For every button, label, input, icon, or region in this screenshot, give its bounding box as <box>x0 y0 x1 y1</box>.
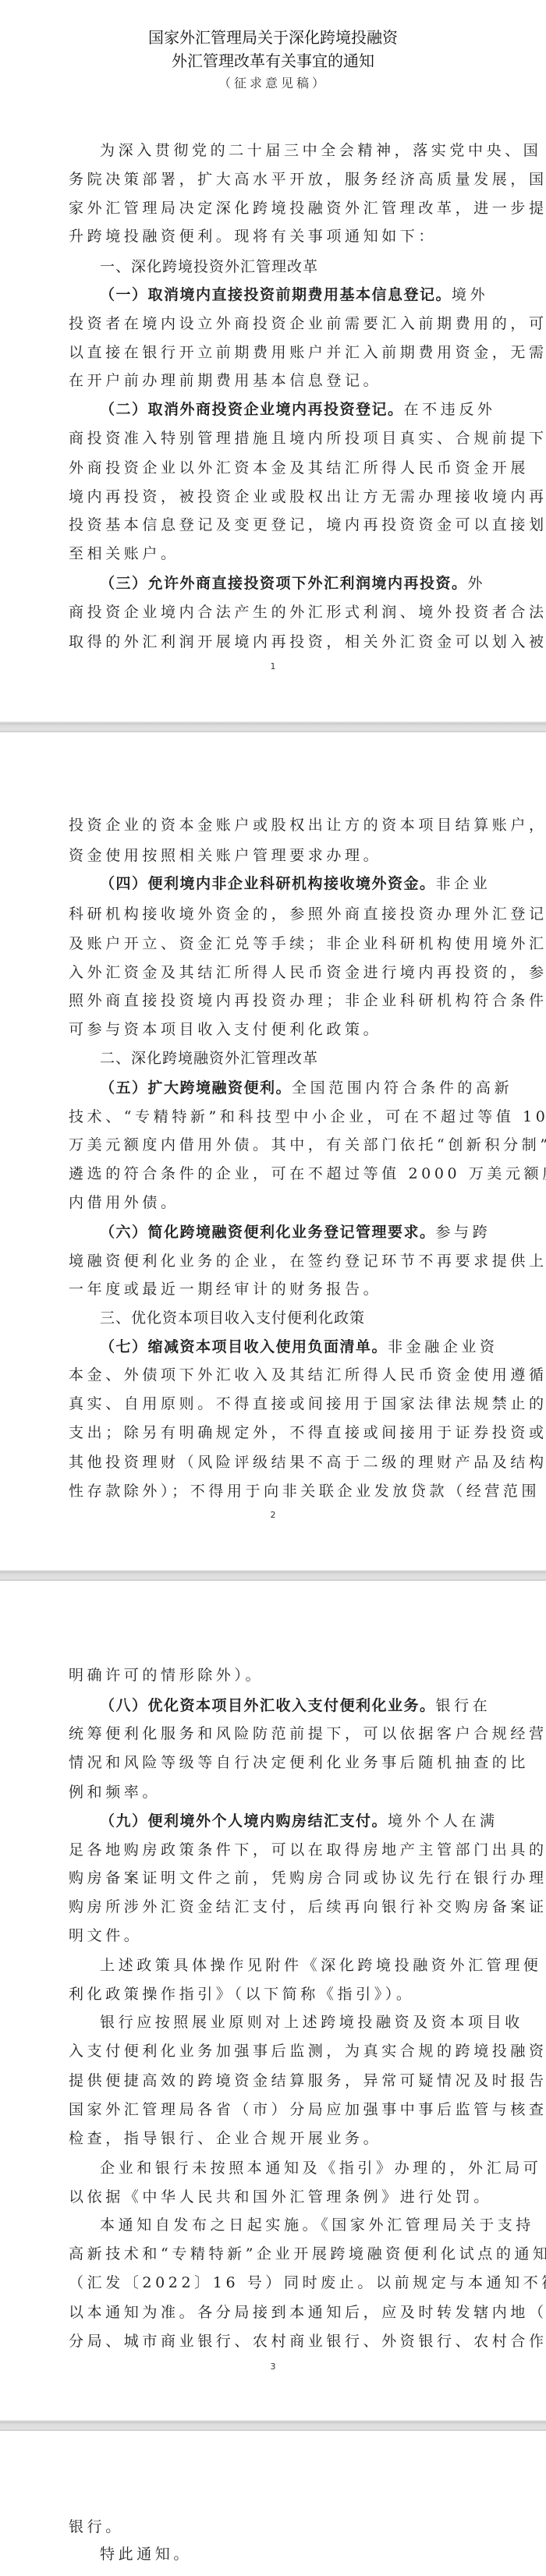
document-subtitle: （征求意见稿） <box>0 73 546 91</box>
section-heading: 三、优化资本项目收入支付便利化政策 <box>100 1306 482 1330</box>
line-text: 利化政策操作指引》（以下简称《指引》）。 <box>69 1986 415 2003</box>
line-text: 参与跨 <box>436 1224 491 1241</box>
line-text: 遴选的符合条件的企业，可在不超过等值 2000 万美元额度 <box>69 1165 546 1182</box>
line-text: 上述政策具体操作见附件《深化跨境投融资外汇管理便 <box>100 1957 541 1974</box>
paragraph-line: 检查，指导银行、企业合规开展业务。 <box>69 2127 482 2150</box>
section-heading: 二、深化跨境融资外汇管理改革 <box>100 1047 482 1070</box>
line-text: 务院决策部署，扩大高水平开放，服务经济高质量发展，国 <box>69 171 546 188</box>
paragraph-line: 特此通知。 <box>100 2542 482 2566</box>
line-text: 可参与资本项目收入支付便利化政策。 <box>69 1021 381 1038</box>
line-text: 境外 <box>452 286 488 303</box>
page-number-1: 1 <box>0 661 546 671</box>
paragraph-line: 科研机构接收境外资金的，参照外商直接投资办理外汇登记 <box>69 902 482 926</box>
line-text: 资金使用按照相关账户管理要求办理。 <box>69 847 381 864</box>
paragraph-line: 升跨境投融资便利。现将有关事项通知如下： <box>69 225 482 248</box>
clause-heading: （二）取消外商投资企业境内再投资登记。 <box>100 401 404 418</box>
paragraph-line: 照外商直接投资境内再投资办理；非企业科研机构符合条件 <box>69 989 482 1012</box>
line-text: （汇发〔2022〕16 号）同时废止。以前规定与本通知不符的， <box>69 2274 546 2291</box>
line-text: 非金融企业资 <box>388 1338 498 1355</box>
paragraph-line: （三）允许外商直接投资项下外汇利润境内再投资。外 <box>100 572 482 595</box>
paragraph-line: 购房备案证明文件之前，凭购房合同或协议先行在银行办理 <box>69 1866 482 1890</box>
line-text: 银行应按照展业原则对上述跨境投融资及资本项目收 <box>100 2014 523 2031</box>
paragraph-line: （二）取消外商投资企业境内再投资登记。在不违反外 <box>100 398 482 421</box>
paragraph-line: 为深入贯彻党的二十届三中全会精神，落实党中央、国 <box>100 139 482 162</box>
document-title-line-1: 国家外汇管理局关于深化跨境投融资 <box>0 27 546 48</box>
line-text: 银行在 <box>436 1697 491 1714</box>
document-title-line-2: 外汇管理改革有关事宜的通知 <box>0 50 546 72</box>
paragraph-line: 以直接在银行开立前期费用账户并汇入前期费用资金，无需 <box>69 341 482 364</box>
paragraph-line: 遴选的符合条件的企业，可在不超过等值 2000 万美元额度 <box>69 1162 482 1185</box>
paragraph-line: 统筹便利化服务和风险防范前提下，可以依据客户合规经营 <box>69 1722 482 1745</box>
line-text: 投资企业的资本金账户或股权出让方的资本项目结算账户， <box>69 817 546 834</box>
line-text: 以依据《中华人民共和国外汇管理条例》进行处罚。 <box>69 2188 492 2206</box>
line-text: 以直接在银行开立前期费用账户并汇入前期费用资金，无需 <box>69 344 546 361</box>
line-text: 真实、自用原则。不得直接或间接用于国家法律法规禁止的 <box>69 1395 546 1412</box>
paragraph-line: 入支付便利化业务加强事后监测，为真实合规的跨境投融资 <box>69 2039 482 2063</box>
line-text: 投资基本信息登记及变更登记，境内再投资资金可以直接划 <box>69 516 546 533</box>
paragraph-line: （一）取消境内直接投资前期费用基本信息登记。境外 <box>100 283 482 306</box>
paragraph-line: 资金使用按照相关账户管理要求办理。 <box>69 844 482 867</box>
line-text: 境融资便利化业务的企业，在签约登记环节不再要求提供上 <box>69 1253 546 1270</box>
line-text: 特此通知。 <box>100 2546 192 2563</box>
line-text: 升跨境投融资便利。现将有关事项通知如下： <box>69 228 437 245</box>
line-text: 商投资准入特别管理措施且境内所投项目真实、合规前提下， <box>69 430 546 447</box>
paragraph-line: 家外汇管理局决定深化跨境投融资外汇管理改革，进一步提 <box>69 197 482 220</box>
page-number-2: 2 <box>0 1510 546 1520</box>
paragraph-line: 银行。 <box>69 2515 482 2539</box>
line-text: 二、深化跨境融资外汇管理改革 <box>100 1050 318 1067</box>
paragraph-line: 商投资企业境内合法产生的外汇形式利润、境外投资者合法 <box>69 601 482 624</box>
line-text: 商投资企业境内合法产生的外汇形式利润、境外投资者合法 <box>69 604 546 621</box>
line-text: 在不违反外 <box>404 401 496 418</box>
paragraph-line: 境融资便利化业务的企业，在签约登记环节不再要求提供上 <box>69 1249 482 1273</box>
line-text: 高新技术和“专精特新”企业开展跨境融资便利化试点的通知》 <box>69 2245 546 2262</box>
paragraph-line: （四）便利境内非企业科研机构接收境外资金。非企业 <box>100 872 482 895</box>
paragraph-line: （六）简化跨境融资便利化业务登记管理要求。参与跨 <box>100 1221 482 1244</box>
page-separator-2 <box>0 1570 546 1581</box>
line-text: 入外汇资金及其结汇所得人民币资金进行境内再投资的，参 <box>69 964 546 981</box>
page-separator-3 <box>0 2420 546 2431</box>
paragraph-line: 取得的外汇利润开展境内再投资，相关外汇资金可以划入被 <box>69 630 482 654</box>
paragraph-line: 至相关账户。 <box>69 542 482 565</box>
line-text: 境外个人在满 <box>388 1812 498 1830</box>
paragraph-line: 投资基本信息登记及变更登记，境内再投资资金可以直接划 <box>69 513 482 537</box>
paragraph-line: 务院决策部署，扩大高水平开放，服务经济高质量发展，国 <box>69 168 482 191</box>
paragraph-line: 其他投资理财（风险评级结果不高于二级的理财产品及结构 <box>69 1451 482 1474</box>
line-text: 购房备案证明文件之前，凭购房合同或协议先行在银行办理 <box>69 1869 546 1887</box>
paragraph-line: 例和频率。 <box>69 1781 482 1804</box>
line-text: 全国范围内符合条件的高新 <box>292 1079 512 1097</box>
clause-heading: （三）允许外商直接投资项下外汇利润境内再投资。 <box>100 575 468 592</box>
paragraph-line: 商投资准入特别管理措施且境内所投项目真实、合规前提下， <box>69 427 482 450</box>
line-text: 国家外汇管理局各省（市）分局应加强事中事后监管与核查 <box>69 2101 546 2118</box>
line-text: 至相关账户。 <box>69 545 179 562</box>
paragraph-line: 企业和银行未按照本通知及《指引》办理的，外汇局可 <box>100 2156 482 2180</box>
paragraph-line: 境内再投资，被投资企业或股权出让方无需办理接收境内再 <box>69 485 482 508</box>
line-text: 性存款除外）；不得用于向非关联企业发放贷款（经营范围 <box>69 1483 540 1500</box>
clause-heading: （四）便利境内非企业科研机构接收境外资金。 <box>100 875 436 892</box>
line-text: 统筹便利化服务和风险防范前提下，可以依据客户合规经营 <box>69 1725 546 1742</box>
line-text: 支出；除另有明确规定外，不得直接或间接用于证券投资或 <box>69 1424 546 1441</box>
paragraph-line: 本金、外债项下外汇收入及其结汇所得人民币资金使用遵循 <box>69 1363 482 1387</box>
line-text: 取得的外汇利润开展境内再投资，相关外汇资金可以划入被 <box>69 633 546 650</box>
paragraph-line: 明确许可的情形除外）。 <box>69 1664 482 1687</box>
paragraph-line: （汇发〔2022〕16 号）同时废止。以前规定与本通知不符的， <box>69 2271 482 2294</box>
paragraph-line: 投资企业的资本金账户或股权出让方的资本项目结算账户， <box>69 813 482 837</box>
paragraph-line: （五）扩大跨境融资便利。全国范围内符合条件的高新 <box>100 1076 482 1100</box>
line-text: 境内再投资，被投资企业或股权出让方无需办理接收境内再 <box>69 488 546 505</box>
paragraph-line: 利化政策操作指引》（以下简称《指引》）。 <box>69 1982 482 2006</box>
clause-heading: （七）缩减资本项目收入使用负面清单。 <box>100 1338 388 1355</box>
line-text: 其他投资理财（风险评级结果不高于二级的理财产品及结构 <box>69 1454 546 1471</box>
line-text: 一年度或最近一期经审计的财务报告。 <box>69 1281 381 1298</box>
paragraph-line: 国家外汇管理局各省（市）分局应加强事中事后监管与核查 <box>69 2098 482 2121</box>
line-text: 本金、外债项下外汇收入及其结汇所得人民币资金使用遵循 <box>69 1366 546 1384</box>
paragraph-line: 支出；除另有明确规定外，不得直接或间接用于证券投资或 <box>69 1421 482 1444</box>
paragraph-line: 性存款除外）；不得用于向非关联企业发放贷款（经营范围 <box>69 1479 482 1503</box>
line-text: 足各地购房政策条件下，可以在取得房地产主管部门出具的 <box>69 1841 546 1858</box>
line-text: 本通知自发布之日起实施。《国家外汇管理局关于支持 <box>100 2216 534 2234</box>
line-text: 分局、城市商业银行、农村商业银行、外资银行、农村合作 <box>69 2333 546 2350</box>
paragraph-line: 投资者在境内设立外商投资企业前需要汇入前期费用的，可 <box>69 312 482 335</box>
line-text: 例和频率。 <box>69 1784 161 1801</box>
line-text: 一、深化跨境投资外汇管理改革 <box>100 258 318 275</box>
clause-heading: （六）简化跨境融资便利化业务登记管理要求。 <box>100 1224 436 1241</box>
line-text: 投资者在境内设立外商投资企业前需要汇入前期费用的，可 <box>69 315 546 332</box>
paragraph-line: 真实、自用原则。不得直接或间接用于国家法律法规禁止的 <box>69 1392 482 1416</box>
line-text: 情况和风险等级等自行决定便利化业务事后随机抽查的比 <box>69 1754 529 1771</box>
line-text: 购房所涉外汇资金结汇支付，后续再向银行补交购房备案证 <box>69 1898 546 1915</box>
paragraph-line: 购房所涉外汇资金结汇支付，后续再向银行补交购房备案证 <box>69 1895 482 1919</box>
line-text: 科研机构接收境外资金的，参照外商直接投资办理外汇登记 <box>69 905 546 923</box>
paragraph-line: 本通知自发布之日起实施。《国家外汇管理局关于支持 <box>100 2213 482 2237</box>
line-text: 入支付便利化业务加强事后监测，为真实合规的跨境投融资 <box>69 2043 546 2060</box>
line-text: 照外商直接投资境内再投资办理；非企业科研机构符合条件 <box>69 992 546 1009</box>
paragraph-line: 高新技术和“专精特新”企业开展跨境融资便利化试点的通知》 <box>69 2242 482 2266</box>
paragraph-line: 外商投资企业以外汇资本金及其结汇所得人民币资金开展 <box>69 456 482 480</box>
line-text: 万美元额度内借用外债。其中，有关部门依托“创新积分制” <box>69 1136 546 1153</box>
line-text: 三、优化资本项目收入支付便利化政策 <box>100 1309 365 1327</box>
line-text: 检查，指导银行、企业合规开展业务。 <box>69 2130 381 2147</box>
paragraph-line: （九）便利境外个人境内购房结汇支付。境外个人在满 <box>100 1809 482 1833</box>
paragraph-line: （七）缩减资本项目收入使用负面清单。非金融企业资 <box>100 1335 482 1359</box>
paragraph-line: 上述政策具体操作见附件《深化跨境投融资外汇管理便 <box>100 1954 482 1977</box>
paragraph-line: 提供便捷高效的跨境资金结算服务，异常可疑情况及时报告。 <box>69 2069 482 2092</box>
paragraph-line: 以依据《中华人民共和国外汇管理条例》进行处罚。 <box>69 2185 482 2209</box>
line-text: 为深入贯彻党的二十届三中全会精神，落实党中央、国 <box>100 142 541 159</box>
line-text: 非企业 <box>436 875 491 892</box>
line-text: 外 <box>468 575 487 592</box>
clause-heading: （五）扩大跨境融资便利。 <box>100 1079 292 1097</box>
clause-heading: （一）取消境内直接投资前期费用基本信息登记。 <box>100 286 452 303</box>
clause-heading: （九）便利境外个人境内购房结汇支付。 <box>100 1812 388 1830</box>
line-text: 明文件。 <box>69 1927 142 1944</box>
line-text: 内借用外债。 <box>69 1194 179 1211</box>
line-text: 技术、“专精特新”和科技型中小企业，可在不超过等值 1000 <box>69 1108 546 1125</box>
line-text: 明确许可的情形除外）。 <box>69 1667 264 1684</box>
page-number-3: 3 <box>0 2362 546 2372</box>
line-text: 及账户开立、资金汇兑等手续；非企业科研机构使用境外汇 <box>69 935 546 952</box>
paragraph-line: （八）优化资本项目外汇收入支付便利化业务。银行在 <box>100 1694 482 1717</box>
paragraph-line: 明文件。 <box>69 1924 482 1947</box>
paragraph-line: 在开户前办理前期费用基本信息登记。 <box>69 369 482 392</box>
clause-heading: （八）优化资本项目外汇收入支付便利化业务。 <box>100 1697 436 1714</box>
paragraph-line: 以本通知为准。各分局接到本通知后，应及时转发辖内地（市） <box>69 2301 482 2324</box>
paragraph-line: 可参与资本项目收入支付便利化政策。 <box>69 1018 482 1041</box>
paragraph-line: 万美元额度内借用外债。其中，有关部门依托“创新积分制” <box>69 1133 482 1157</box>
line-text: 以本通知为准。各分局接到本通知后，应及时转发辖内地（市） <box>69 2304 546 2321</box>
line-text: 企业和银行未按照本通知及《指引》办理的，外汇局可 <box>100 2160 541 2177</box>
line-text: 提供便捷高效的跨境资金结算服务，异常可疑情况及时报告。 <box>69 2072 546 2089</box>
paragraph-line: 分局、城市商业银行、农村商业银行、外资银行、农村合作 <box>69 2330 482 2353</box>
paragraph-line: 银行应按照展业原则对上述跨境投融资及资本项目收 <box>100 2011 482 2034</box>
paragraph-line: 及账户开立、资金汇兑等手续；非企业科研机构使用境外汇 <box>69 932 482 955</box>
line-text: 在开户前办理前期费用基本信息登记。 <box>69 372 381 389</box>
paragraph-line: 技术、“专精特新”和科技型中小企业，可在不超过等值 1000 <box>69 1105 482 1129</box>
line-text: 家外汇管理局决定深化跨境投融资外汇管理改革，进一步提 <box>69 200 546 217</box>
line-text: 外商投资企业以外汇资本金及其结汇所得人民币资金开展 <box>69 459 529 477</box>
paragraph-line: 一年度或最近一期经审计的财务报告。 <box>69 1277 482 1301</box>
paragraph-line: 足各地购房政策条件下，可以在取得房地产主管部门出具的 <box>69 1838 482 1862</box>
page-separator-1 <box>0 721 546 732</box>
line-text: 银行。 <box>69 2518 124 2535</box>
paragraph-line: 内借用外债。 <box>69 1191 482 1214</box>
paragraph-line: 入外汇资金及其结汇所得人民币资金进行境内再投资的，参 <box>69 961 482 984</box>
section-heading: 一、深化跨境投资外汇管理改革 <box>100 255 482 278</box>
paragraph-line: 情况和风险等级等自行决定便利化业务事后随机抽查的比 <box>69 1751 482 1774</box>
